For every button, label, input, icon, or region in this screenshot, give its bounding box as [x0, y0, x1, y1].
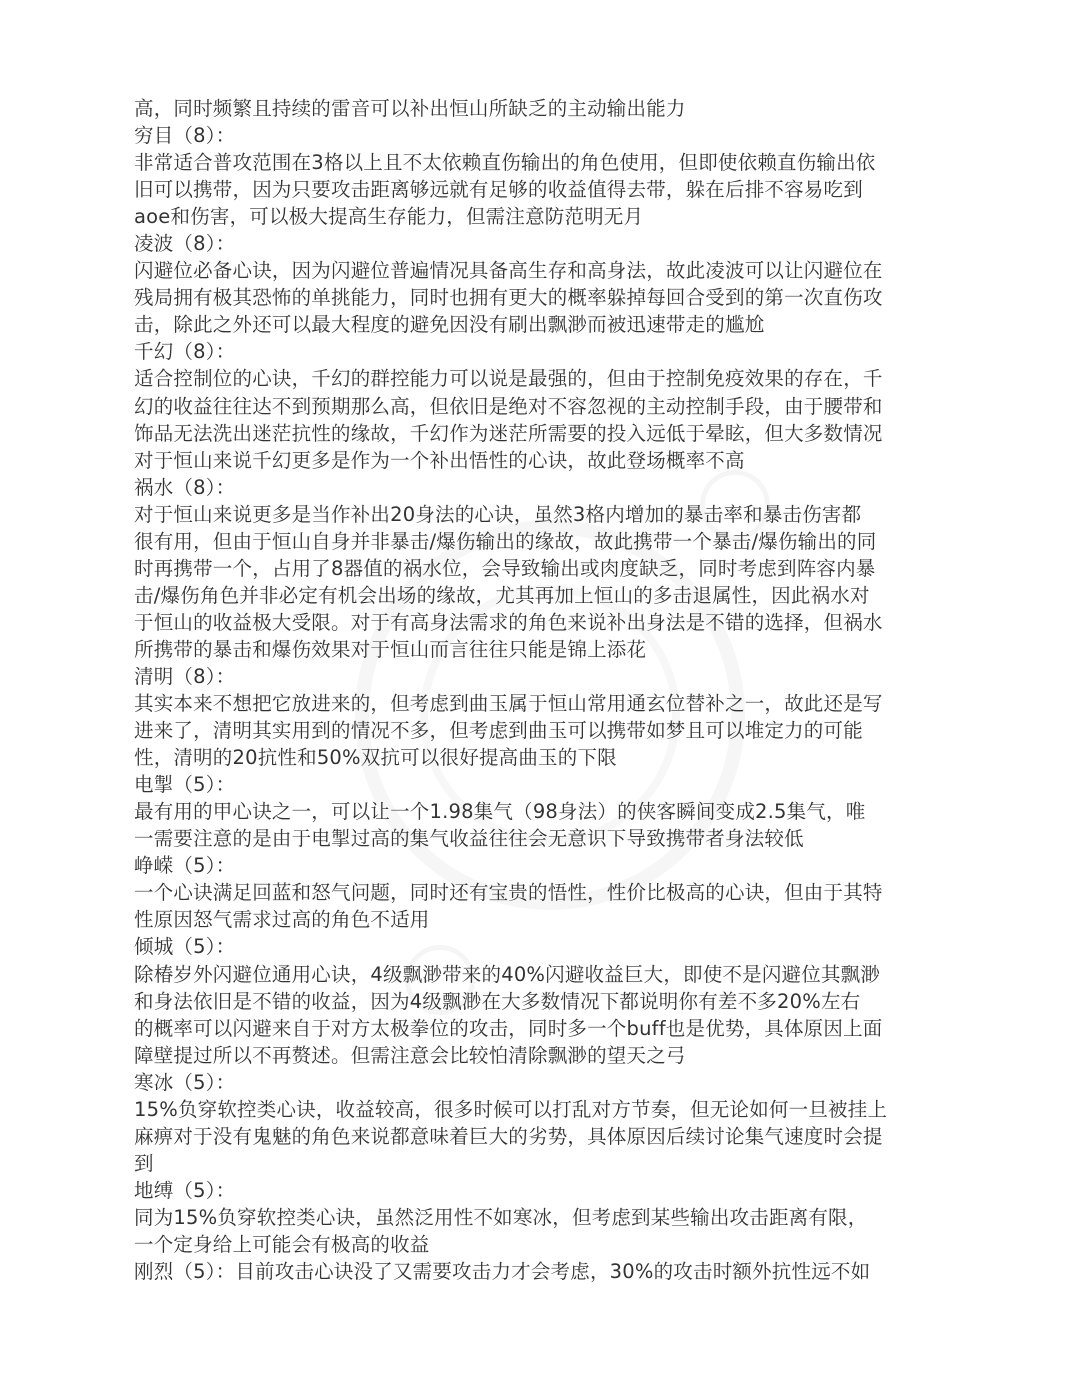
section-heading-lingbo: 凌波（8）： — [134, 230, 954, 257]
section-heading-huoshui: 祸水（8）： — [134, 474, 954, 501]
text-line: 和身法依旧是不错的收益，因为4级飘渺在大多数情况下都说明你有差不多20%左右 — [134, 988, 954, 1015]
text-line: 同为15%负穿软控类心诀，虽然泛用性不如寒冰，但考虑到某些输出攻击距离有限， — [134, 1204, 954, 1231]
section-heading-qingming: 清明（8）： — [134, 663, 954, 690]
text-line: 时再携带一个，占用了8器值的祸水位，会导致输出或肉度缺乏，同时考虑到阵容内暴 — [134, 555, 954, 582]
text-line: 一需要注意的是由于电掣过高的集气收益往往会无意识下导致携带者身法较低 — [134, 825, 954, 852]
text-line: aoe和伤害，可以极大提高生存能力，但需注意防范明无月 — [134, 203, 954, 230]
document-body: 高，同时频繁且持续的雷音可以补出恒山所缺乏的主动输出能力 穷目（8）： 非常适合… — [134, 95, 954, 1285]
text-line: 高，同时频繁且持续的雷音可以补出恒山所缺乏的主动输出能力 — [134, 95, 954, 122]
text-line: 击/爆伤角色并非必定有机会出场的缘故，尤其再加上恒山的多击退属性，因此祸水对 — [134, 582, 954, 609]
section-heading-zhengrong: 峥嵘（5）： — [134, 852, 954, 879]
text-line: 对于恒山来说更多是当作补出20身法的心诀，虽然3格内增加的暴击率和暴击伤害都 — [134, 501, 954, 528]
text-line: 除椿岁外闪避位通用心诀，4级飘渺带来的40%闪避收益巨大，即使不是闪避位其飘渺 — [134, 961, 954, 988]
section-heading-difu: 地缚（5）： — [134, 1177, 954, 1204]
text-line: 幻的收益往往达不到预期那么高，但依旧是绝对不容忽视的主动控制手段，由于腰带和 — [134, 393, 954, 420]
text-line: 适合控制位的心诀，千幻的群控能力可以说是最强的，但由于控制免疫效果的存在，千 — [134, 365, 954, 392]
section-heading-dianche: 电掣（5）： — [134, 771, 954, 798]
text-line: 15%负穿软控类心诀，收益较高，很多时候可以打乱对方节奏，但无论如何一旦被挂上 — [134, 1096, 954, 1123]
text-line: 一个心诀满足回蓝和怒气问题，同时还有宝贵的悟性，性价比极高的心诀，但由于其特 — [134, 879, 954, 906]
text-line: 饰品无法洗出迷茫抗性的缘故，千幻作为迷茫所需要的投入远低于晕眩，但大多数情况 — [134, 420, 954, 447]
text-line: 障壁提过所以不再赘述。但需注意会比较怕清除飘渺的望天之弓 — [134, 1042, 954, 1069]
text-line: 其实本来不想把它放进来的，但考虑到曲玉属于恒山常用通玄位替补之一，故此还是写 — [134, 690, 954, 717]
section-heading-qingcheng: 倾城（5）： — [134, 933, 954, 960]
text-line: 击，除此之外还可以最大程度的避免因没有刷出飘渺而被迅速带走的尴尬 — [134, 311, 954, 338]
section-heading-qianhuan: 千幻（8）： — [134, 338, 954, 365]
text-line: 性，清明的20抗性和50%双抗可以很好提高曲玉的下限 — [134, 744, 954, 771]
text-line: 残局拥有极其恐怖的单挑能力，同时也拥有更大的概率躲掉每回合受到的第一次直伤攻 — [134, 284, 954, 311]
text-line: 一个定身给上可能会有极高的收益 — [134, 1231, 954, 1258]
text-line: 的概率可以闪避来自于对方太极拳位的攻击，同时多一个buff也是优势，具体原因上面 — [134, 1015, 954, 1042]
section-heading-qiongmu: 穷目（8）： — [134, 122, 954, 149]
text-line: 性原因怒气需求过高的角色不适用 — [134, 906, 954, 933]
section-heading-ganglie: 刚烈（5）：目前攻击心诀没了又需要攻击力才会考虑，30%的攻击时额外抗性远不如 — [134, 1258, 954, 1285]
text-line: 所携带的暴击和爆伤效果对于恒山而言往往只能是锦上添花 — [134, 636, 954, 663]
text-line: 非常适合普攻范围在3格以上且不太依赖直伤输出的角色使用，但即使依赖直伤输出依 — [134, 149, 954, 176]
text-line: 很有用，但由于恒山自身并非暴击/爆伤输出的缘故，故此携带一个暴击/爆伤输出的同 — [134, 528, 954, 555]
text-line: 麻痹对于没有鬼魅的角色来说都意味着巨大的劣势，具体原因后续讨论集气速度时会提 — [134, 1123, 954, 1150]
text-line: 于恒山的收益极大受限。对于有高身法需求的角色来说补出身法是不错的选择，但祸水 — [134, 609, 954, 636]
text-line: 最有用的甲心诀之一，可以让一个1.98集气（98身法）的侠客瞬间变成2.5集气，… — [134, 798, 954, 825]
section-heading-hanbing: 寒冰（5）： — [134, 1069, 954, 1096]
text-line: 闪避位必备心诀，因为闪避位普遍情况具备高生存和高身法，故此凌波可以让闪避位在 — [134, 257, 954, 284]
text-line: 到 — [134, 1150, 954, 1177]
text-line: 对于恒山来说千幻更多是作为一个补出悟性的心诀，故此登场概率不高 — [134, 447, 954, 474]
text-line: 旧可以携带，因为只要攻击距离够远就有足够的收益值得去带，躲在后排不容易吃到 — [134, 176, 954, 203]
text-line: 进来了，清明其实用到的情况不多，但考虑到曲玉可以携带如梦且可以堆定力的可能 — [134, 717, 954, 744]
